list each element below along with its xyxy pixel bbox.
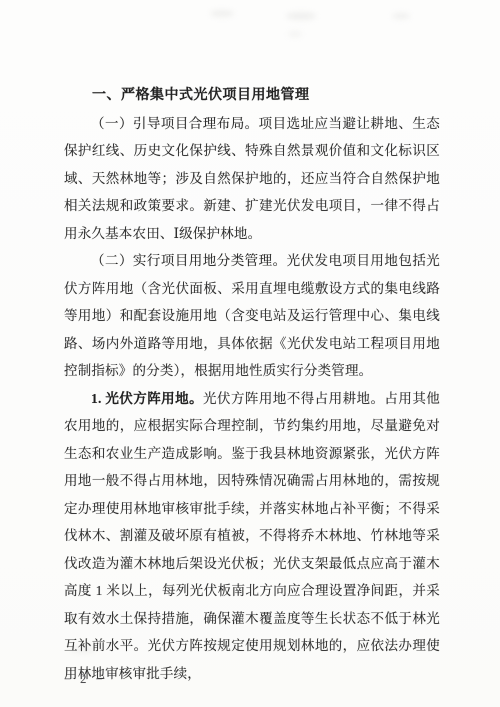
document-text-block: 一、严格集中式光伏项目用地管理 （一）引导项目合理布局。项目选址应当避让耕地、生… [64,82,440,687]
scan-artifact [392,13,410,19]
paragraph-1-lead: （一）引导项目合理布局。 [91,116,259,131]
scan-artifact [288,31,302,37]
paragraph-2: （二）实行项目用地分类管理。光伏发电项目用地包括光伏方阵用地（含光伏面板、采用直… [64,247,440,385]
document-page: 一、严格集中式光伏项目用地管理 （一）引导项目合理布局。项目选址应当避让耕地、生… [0,0,500,707]
paragraph-2-body: 光伏发电项目用地包括光伏方阵用地（含光伏面板、采用直埋电缆敷设方式的集电线路等用… [64,253,440,378]
scan-artifact [210,10,234,17]
paragraph-3: 1. 光伏方阵用地。光伏方阵用地不得占用耕地。占用其他农用地的，应根据实际合理控… [64,385,440,688]
paragraph-2-lead: （二）实行项目用地分类管理。 [91,253,287,268]
scan-artifact [286,12,316,20]
paragraph-1-body: 项目选址应当避让耕地、生态保护红线、历史文化保护线、特殊自然景观价值和文化标识区… [64,116,440,241]
page-number: − 2 − [64,672,106,687]
paragraph-1: （一）引导项目合理布局。项目选址应当避让耕地、生态保护红线、历史文化保护线、特殊… [64,110,440,248]
section-heading: 一、严格集中式光伏项目用地管理 [64,82,440,110]
paragraph-3-lead: 1. 光伏方阵用地。 [91,391,203,406]
paragraph-3-body: 光伏方阵用地不得占用耕地。占用其他农用地的，应根据实际合理控制，节约集约用地，尽… [64,391,440,681]
